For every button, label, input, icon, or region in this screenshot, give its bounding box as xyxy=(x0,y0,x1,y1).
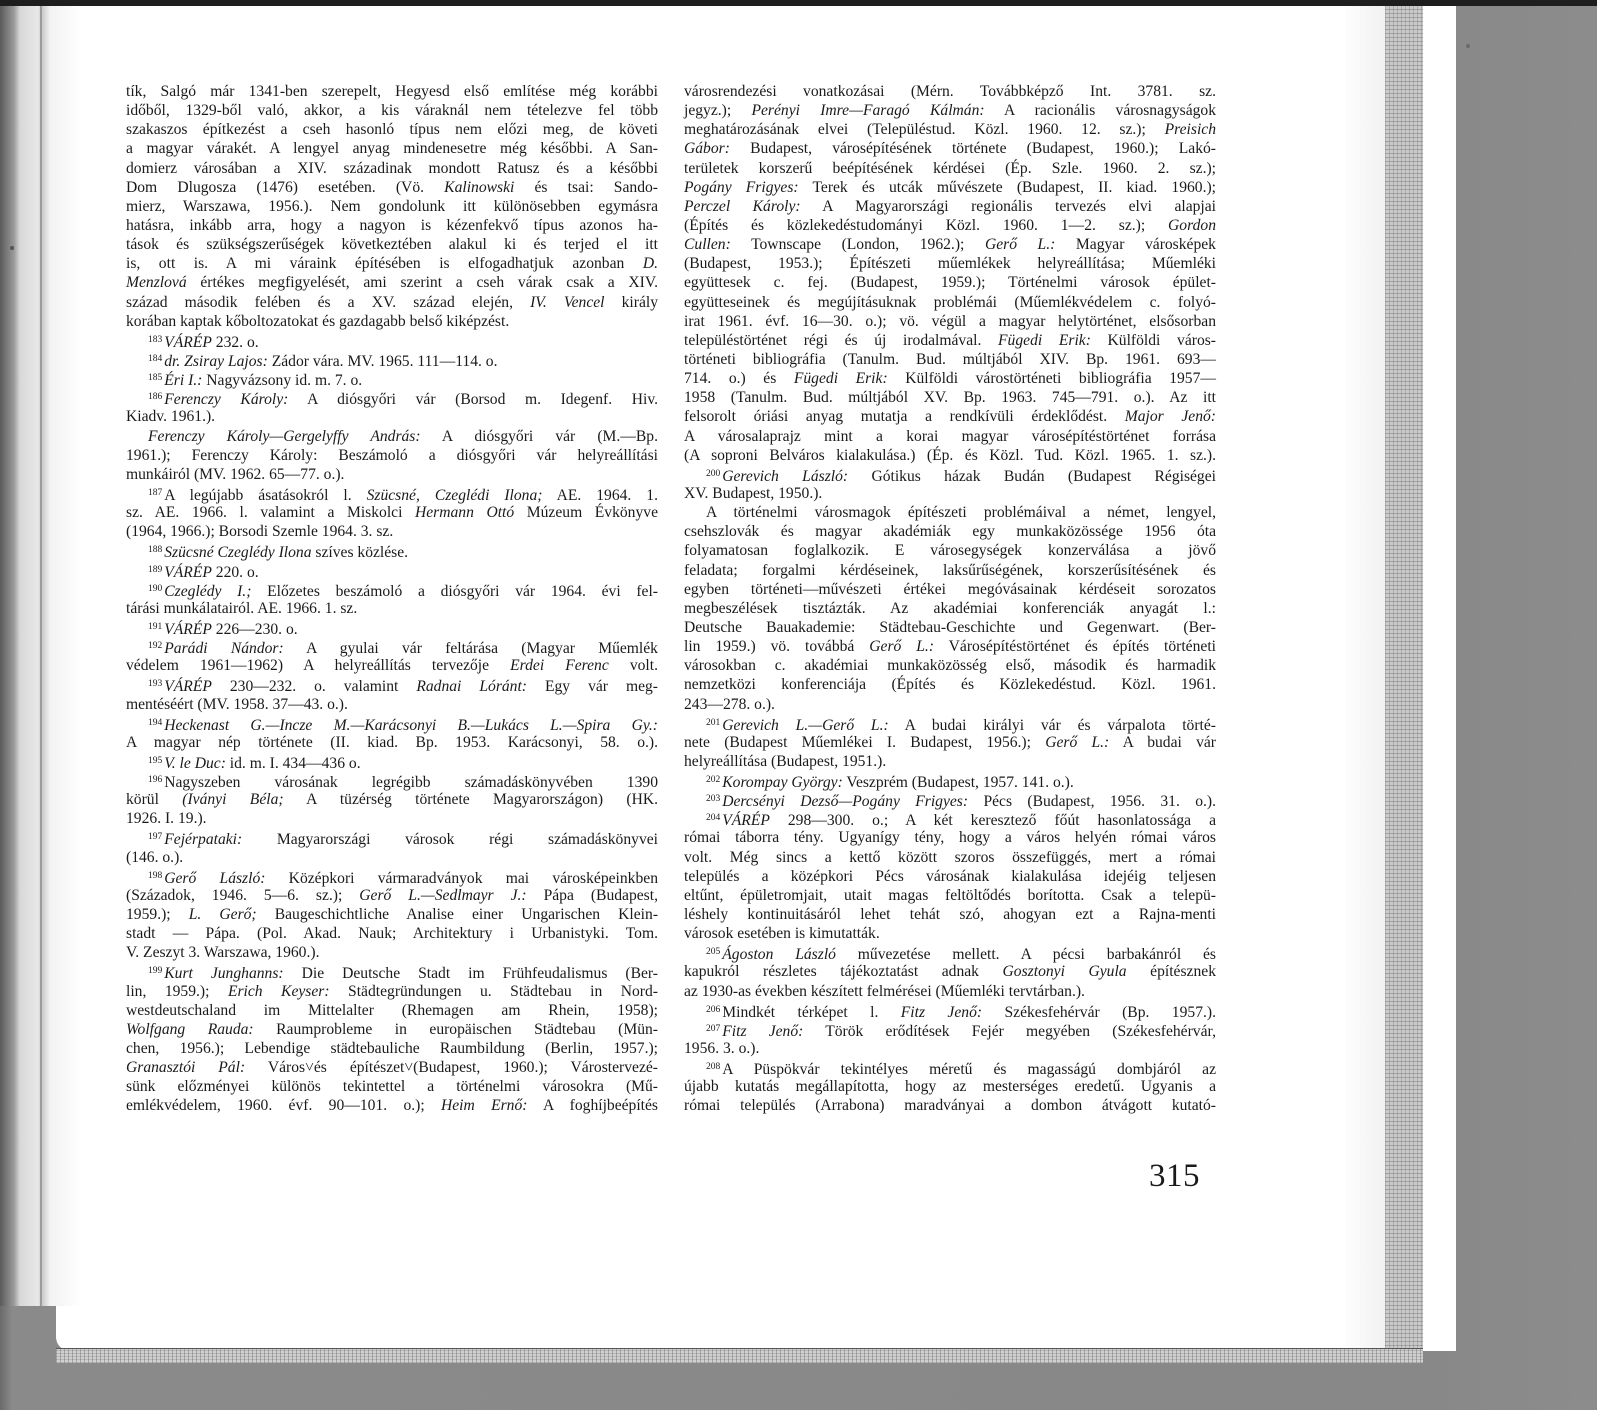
italic-author: Ágoston László xyxy=(722,946,836,963)
text-line: védelem 1961—1962) A helyreállítás terve… xyxy=(126,656,658,675)
text-line: lin 1959.) vö. továbbá Gerő L.: Városépí… xyxy=(684,637,1216,656)
footnote-number: 189 xyxy=(148,565,162,575)
footnote-line: 187A legújabb ásatásokról l. Szücsné, Cz… xyxy=(126,484,658,503)
roman-text: városrendezési vonatkozásai (Mérn. Továb… xyxy=(684,83,1216,100)
italic-author: D. xyxy=(643,255,658,272)
italic-author: Hermann Ottó xyxy=(415,504,514,521)
italic-author: Kurt Junghanns: xyxy=(164,965,283,982)
roman-text: Nagyszeben városának legrégibb számadásk… xyxy=(164,774,658,791)
roman-text: eltűnt, épületromjait, utait magas feltö… xyxy=(684,887,1216,904)
italic-author: Gerő L.: xyxy=(869,638,934,655)
text-line: nete (Budapest Műemlékei I. Budapest, 19… xyxy=(684,733,1216,752)
roman-text: Townscape (London, 1962.); xyxy=(731,236,985,253)
text-line: városrendezési vonatkozásai (Mérn. Továb… xyxy=(684,82,1216,101)
footnote-number: 190 xyxy=(148,584,162,594)
footnote-line: 196Nagyszeben városának legrégibb számad… xyxy=(126,771,658,790)
roman-text: újabb kutatás megállapította, hogy az me… xyxy=(684,1078,1216,1095)
text-line: településtörténet régi és új irodalmával… xyxy=(684,331,1216,350)
footnote-line: 190Czeglédy I.; Előzetes beszámoló a dió… xyxy=(126,580,658,599)
text-line: feladata; forgalmi kérdéseinek, laksűrűs… xyxy=(684,561,1216,580)
roman-text: 1926. I. 19.). xyxy=(126,810,207,827)
text-line: területek korszerű beépítésének kérdései… xyxy=(684,159,1216,178)
text-line: megbeszélések tisztázták. Az akadémiai k… xyxy=(684,599,1216,618)
italic-author: Korompay György: xyxy=(722,774,843,791)
roman-text: helyreállítása (Budapest, 1951.). xyxy=(684,753,886,770)
roman-text: tárási munkálatairól. AE. 1966. 1. sz. xyxy=(126,600,357,617)
text-line: chen, 1956.); Lebendige städtebauliche R… xyxy=(126,1039,658,1058)
roman-text: Városépítéstörténet és építés történeti xyxy=(934,638,1216,655)
roman-text: A gyulai vár feltárása (Magyar Műemlék xyxy=(284,640,658,657)
footnote-number: 201 xyxy=(706,718,720,728)
italic-author: Pogány Frigyes: xyxy=(684,179,799,196)
italic-author: Perczel Károly: xyxy=(684,198,801,215)
italic-author: Ferenczy Károly—Gergelyffy András: xyxy=(148,428,421,445)
footnote-number: 186 xyxy=(148,392,162,402)
roman-text: 230—232. o. valamint xyxy=(212,678,416,695)
roman-text: 226—230. o. xyxy=(212,621,298,638)
roman-text: század második felében és a XV. század e… xyxy=(126,294,530,311)
roman-text: (Századok, 1946. 5—6. sz.); xyxy=(126,887,359,904)
italic-author: Dercsényi Dezső—Pogány Frigyes: xyxy=(722,793,968,810)
roman-text: Város˅és építészet˅(Budapest, 1960.); Vá… xyxy=(245,1059,658,1076)
footnote-number: 185 xyxy=(148,373,162,383)
roman-text: építésznek xyxy=(1127,963,1216,980)
text-line: Pogány Frigyes: Terek és utcák művészete… xyxy=(684,178,1216,197)
italic-author: Fügedi Erik: xyxy=(794,370,888,387)
text-line: domierz városában a XIV. századinak mond… xyxy=(126,159,658,178)
text-line: Wolfgang Rauda: Raumprobleme in europäis… xyxy=(126,1020,658,1039)
roman-text: tások és szükségszerűségek következtében… xyxy=(126,236,658,253)
footnote-line: 183VÁRÉP 232. o. xyxy=(126,331,658,350)
text-line: Kiadv. 1961.). xyxy=(126,407,658,426)
roman-text: lin, 1959.); xyxy=(126,983,228,1000)
text-line: tík, Salgó már 1341-ben szerepelt, Hegye… xyxy=(126,82,658,101)
text-line: település a középkori Pécs városának kia… xyxy=(684,867,1216,886)
roman-text: feladata; forgalmi kérdéseinek, laksűrűs… xyxy=(684,562,1216,579)
roman-text: kapukról részletes tájékoztatást adnak xyxy=(684,963,1003,980)
roman-text: Külföldi város- xyxy=(1091,332,1216,349)
footnote-line: 204VÁRÉP 298—300. o.; A két keresztező f… xyxy=(684,809,1216,828)
roman-text: 1959.); xyxy=(126,906,189,923)
roman-text: városokban c. akadémiai munkaközösség el… xyxy=(684,657,1216,674)
roman-text: szakaszos építkezést a cseh hasonló típu… xyxy=(126,121,658,138)
italic-author: L. Gerő; xyxy=(189,906,257,923)
footnote-line: 202Korompay György: Veszprém (Budapest, … xyxy=(684,771,1216,790)
footnote-line: 199Kurt Junghanns: Die Deutsche Stadt im… xyxy=(126,962,658,981)
footnote-number: 206 xyxy=(706,1005,720,1015)
footnote-line: 201Gerevich L.—Gerő L.: A budai királyi … xyxy=(684,714,1216,733)
roman-text: Székesfehérvár (Bp. 1957.). xyxy=(982,1004,1216,1021)
footnote-number: 187 xyxy=(148,488,162,498)
text-line: kapukról részletes tájékoztatást adnak G… xyxy=(684,962,1216,981)
roman-text: (Budapest, 1953.); Építészeti műemlékek … xyxy=(684,255,1216,272)
text-line: sünk előzményei különös tekintettel a tö… xyxy=(126,1077,658,1096)
text-line: az 1930-as években készített felmérései … xyxy=(684,982,1216,1001)
footnote-number: 204 xyxy=(706,813,720,823)
text-line: (A soproni Belváros kialakulása.) (Ép. é… xyxy=(684,446,1216,465)
footnote-number: 196 xyxy=(148,775,162,785)
footnote-line: 184dr. Zsiray Lajos: Zádor vára. MV. 196… xyxy=(126,350,658,369)
roman-text: védelem 1961—1962) A helyreállítás terve… xyxy=(126,657,510,674)
roman-text: A Magyarországi regionális tervezés elvi… xyxy=(801,198,1216,215)
roman-text: Raumprobleme in europäischen Städtebau (… xyxy=(254,1021,658,1038)
italic-author: VÁRÉP xyxy=(164,621,212,638)
footnote-line: 194Heckenast G.—Incze M.—Karácsonyi B.—L… xyxy=(126,714,658,733)
text-line: felsorolt óriási anyag mutatja a rendkív… xyxy=(684,407,1216,426)
binding-crease xyxy=(40,6,42,1306)
roman-text: Gótikus házak Budán (Budapest Régiségei xyxy=(848,468,1216,485)
roman-text: V. Zeszyt 3. Warszawa, 1960.). xyxy=(126,944,319,961)
italic-author: (Iványi Béla; xyxy=(182,791,283,808)
roman-text: korában kaptak kőboltozatokat és gazdaga… xyxy=(126,313,509,330)
italic-author: Éri I.: xyxy=(164,372,202,389)
roman-text: mentéséért (MV. 1958. 37—43. o.). xyxy=(126,696,348,713)
roman-text: Középkori vármaradványok mai városképein… xyxy=(265,870,658,887)
roman-text: Zádor vára. MV. 1965. 111—114. o. xyxy=(268,353,498,370)
left-text-column: tík, Salgó már 1341-ben szerepelt, Hegye… xyxy=(126,82,658,1116)
text-line: időből, 1329-ből való, akkor, a kis vára… xyxy=(126,101,658,120)
footnote-line: 188Szücsné Czeglédy Ilona szíves közlése… xyxy=(126,541,658,560)
footnote-number: 183 xyxy=(148,335,162,345)
italic-author: Gerő L.—Sedlmayr J.: xyxy=(359,887,526,904)
roman-text: Múzeum Évkönyve xyxy=(514,504,658,521)
footnote-line: 206Mindkét térképet l. Fitz Jenő: Székes… xyxy=(684,1001,1216,1020)
roman-text: XV. Budapest, 1950.). xyxy=(684,485,822,502)
roman-text: sz. AE. 1966. l. valamint a Miskolci xyxy=(126,504,415,521)
footnote-number: 199 xyxy=(148,966,162,976)
text-line: a magyar várakét. A lengyel anyag minden… xyxy=(126,139,658,158)
text-line: lin, 1959.); Erich Keyser: Städtegründun… xyxy=(126,982,658,1001)
footnote-number: 207 xyxy=(706,1024,720,1034)
italic-author: dr. Zsiray Lajos: xyxy=(164,353,268,370)
text-line: meghatározásának elvei (Településtud. Kö… xyxy=(684,120,1216,139)
text-line: A magyar nép története (II. kiad. Bp. 19… xyxy=(126,733,658,752)
roman-text: Kiadv. 1961.). xyxy=(126,408,215,425)
footnote-line: 208A Püspökvár tekintélyes méretű és mag… xyxy=(684,1058,1216,1077)
roman-text: léshely kontinuitásáról lehet tehát szó,… xyxy=(684,906,1216,923)
footnote-line: 200Gerevich László: Gótikus házak Budán … xyxy=(684,465,1216,484)
footnote-line: 186Ferenczy Károly: A diósgyőri vár (Bor… xyxy=(126,388,658,407)
roman-text: nemzetközi konferenciája (Építés és Közl… xyxy=(684,676,1216,693)
text-line: tárási munkálatairól. AE. 1966. 1. sz. xyxy=(126,599,658,618)
roman-text: is, ott is. A mi váraink építésében is e… xyxy=(126,255,643,272)
roman-text: 1956. 3. o.). xyxy=(684,1040,759,1057)
roman-text: Mindkét térképet l. xyxy=(722,1004,901,1021)
text-line: léshely kontinuitásáról lehet tehát szó,… xyxy=(684,905,1216,924)
roman-text: irat 1961. évf. 16—30. o.); vö. végül a … xyxy=(684,313,1216,330)
text-line: jegyz.); Perényi Imre—Faragó Kálmán: A r… xyxy=(684,101,1216,120)
roman-text: emlékvédelem, 1960. évf. 90—101. o.); xyxy=(126,1097,441,1114)
text-line: Menzlová értékes megfigyelését, ami szer… xyxy=(126,273,658,292)
text-line: irat 1961. évf. 16—30. o.); vö. végül a … xyxy=(684,312,1216,331)
footnote-number: 197 xyxy=(148,832,162,842)
roman-text: és tsai: Sando- xyxy=(514,179,658,196)
text-line: Dom Dlugosza (1476) esetében. (Vö. Kalin… xyxy=(126,178,658,197)
text-line: Cullen: Townscape (London, 1962.); Gerő … xyxy=(684,235,1216,254)
footnote-number: 195 xyxy=(148,756,162,766)
text-line: történeti bibliográfia (Tanulm. Bud. múl… xyxy=(684,350,1216,369)
text-line: 243—278. o.). xyxy=(684,695,1216,714)
footnote-number: 188 xyxy=(148,545,162,555)
footnote-number: 184 xyxy=(148,354,162,364)
text-line: szakaszos építkezést a cseh hasonló típu… xyxy=(126,120,658,139)
text-line: folyamatosan foglalkozik. E városegysége… xyxy=(684,541,1216,560)
roman-text: folyamatosan foglalkozik. E városegysége… xyxy=(684,542,1216,559)
italic-author: VÁRÉP xyxy=(164,334,212,351)
footnote-line: 195V. le Duc: id. m. I. 434—436 o. xyxy=(126,752,658,771)
roman-text: 1958 (Tanulm. Bud. múltjából XV. Bp. 196… xyxy=(684,389,1216,406)
footnote-number: 202 xyxy=(706,775,720,785)
text-line: Ferenczy Károly—Gergelyffy András: A dió… xyxy=(126,427,658,446)
roman-text: területek korszerű beépítésének kérdései… xyxy=(684,160,1216,177)
roman-text: felsorolt óriási anyag mutatja a rendkív… xyxy=(684,408,1125,425)
text-line: korában kaptak kőboltozatokat és gazdaga… xyxy=(126,312,658,331)
footnote-number: 193 xyxy=(148,679,162,689)
italic-author: VÁRÉP xyxy=(164,564,212,581)
roman-text: meghatározásának elvei (Településtud. Kö… xyxy=(684,121,1165,138)
text-line: (Budapest, 1953.); Építészeti műemlékek … xyxy=(684,254,1216,273)
roman-text: körül xyxy=(126,791,182,808)
text-line: Gábor: Budapest, városépítésének történe… xyxy=(684,139,1216,158)
footnote-number: 208 xyxy=(706,1062,720,1072)
roman-text: AE. 1964. 1. xyxy=(542,487,658,504)
roman-text: jegyz.); xyxy=(684,102,751,119)
roman-text: 232. o. xyxy=(212,334,259,351)
roman-text: A diósgyőri vár (M.—Bp. xyxy=(421,428,658,445)
roman-text: Egy vár meg- xyxy=(527,678,658,695)
text-line: 1958 (Tanulm. Bud. múltjából XV. Bp. 196… xyxy=(684,388,1216,407)
italic-author: Fügedi Erik: xyxy=(998,332,1091,349)
text-line: hatásra, inkább arra, hogy a nagyon is k… xyxy=(126,216,658,235)
text-line: együtteseinek és megújításuknak problémá… xyxy=(684,293,1216,312)
roman-text: munkáiról (MV. 1962. 65—77. o.). xyxy=(126,466,344,483)
text-line: westdeutschaland im Mittelalter (Rhemage… xyxy=(126,1001,658,1020)
roman-text: együtteseinek és megújításuknak problémá… xyxy=(684,294,1216,311)
footnote-line: 185Éri I.: Nagyvázsony id. m. 7. o. xyxy=(126,369,658,388)
italic-author: IV. Vencel xyxy=(530,294,604,311)
italic-author: Gábor: xyxy=(684,140,730,157)
italic-author: Gerevich L.—Gerő L.: xyxy=(722,717,888,734)
text-line: 714. o.) és Fügedi Erik: Külföldi várost… xyxy=(684,369,1216,388)
roman-text: Baugeschichtliche Analise einer Ungarisc… xyxy=(257,906,658,923)
italic-author: Kalinowski xyxy=(444,179,514,196)
roman-text: volt. Még sincs a kettő között szoros ös… xyxy=(684,849,1216,866)
text-line: mierz, Warszawa, 1956.). Nem gondolunk i… xyxy=(126,197,658,216)
italic-author: VÁRÉP xyxy=(722,812,770,829)
roman-text: 714. o.) és xyxy=(684,370,794,387)
italic-author: Perényi Imre—Faragó Kálmán: xyxy=(751,102,984,119)
italic-author: Gordon xyxy=(1168,217,1216,234)
scan-speck xyxy=(10,246,14,250)
text-line: újabb kutatás megállapította, hogy az me… xyxy=(684,1077,1216,1096)
text-line: tások és szükségszerűségek következtében… xyxy=(126,235,658,254)
footnote-number: 203 xyxy=(706,794,720,804)
roman-text: A legújabb ásatásokról l. xyxy=(164,487,366,504)
italic-author: Wolfgang Rauda: xyxy=(126,1021,254,1038)
roman-text: a magyar várakét. A lengyel anyag minden… xyxy=(126,140,658,157)
page-number: 315 xyxy=(1149,1158,1200,1195)
roman-text: Pécs (Budapest, 1956. 31. o.). xyxy=(968,793,1216,810)
roman-text: A budai királyi vár és várpalota törté- xyxy=(889,717,1216,734)
text-line: Deutsche Bauakademie: Städtebau-Geschich… xyxy=(684,618,1216,637)
italic-author: Gosztonyi Gyula xyxy=(1003,963,1127,980)
footnote-line: 192Parádi Nándor: A gyulai vár feltárása… xyxy=(126,637,658,656)
italic-author: Radnai Lóránt: xyxy=(416,678,527,695)
roman-text: nete (Budapest Műemlékei I. Budapest, 19… xyxy=(684,734,1045,751)
footnote-number: 194 xyxy=(148,718,162,728)
footnote-number: 205 xyxy=(706,947,720,957)
roman-text: egyben történeti—művészeti értékei megóv… xyxy=(684,581,1216,598)
roman-text: westdeutschaland im Mittelalter (Rhemage… xyxy=(126,1002,658,1019)
italic-author: Ferenczy Károly: xyxy=(164,391,288,408)
italic-author: V. le Duc: xyxy=(164,755,226,772)
footnote-number: 192 xyxy=(148,641,162,651)
text-line: V. Zeszyt 3. Warszawa, 1960.). xyxy=(126,943,658,962)
text-line: 1956. 3. o.). xyxy=(684,1039,1216,1058)
roman-text: domierz városában a XIV. századinak mond… xyxy=(126,160,658,177)
roman-text: Budapest, városépítésének története (Bud… xyxy=(730,140,1216,157)
roman-text: Städtegründungen u. Städtebau in Nord- xyxy=(330,983,658,1000)
roman-text: Pápa (Budapest, xyxy=(527,887,658,904)
roman-text: chen, 1956.); Lebendige städtebauliche R… xyxy=(126,1040,658,1057)
italic-author: Gerő L.: xyxy=(1045,734,1109,751)
roman-text: A városalaprajz mint a korai magyar váro… xyxy=(684,428,1216,445)
footnote-line: 193VÁRÉP 230—232. o. valamint Radnai Lór… xyxy=(126,675,658,694)
text-line: körül (Iványi Béla; A tüzérség története… xyxy=(126,790,658,809)
italic-author: Fejérpataki: xyxy=(164,831,242,848)
roman-text: 220. o. xyxy=(212,564,259,581)
text-line: helyreállítása (Budapest, 1951.). xyxy=(684,752,1216,771)
roman-text: Magyar városképek xyxy=(1055,236,1216,253)
roman-text: id. m. I. 434—436 o. xyxy=(226,755,361,772)
roman-text: Külföldi várostörténeti bibliográfia 195… xyxy=(888,370,1216,387)
footnote-number: 200 xyxy=(706,469,720,479)
roman-text: volt. xyxy=(609,657,658,674)
footnote-number: 198 xyxy=(148,871,162,881)
roman-text: római település (Arrabona) maradványai a… xyxy=(684,1097,1216,1114)
roman-text: A Püspökvár tekintélyes méretű és magass… xyxy=(722,1061,1216,1078)
roman-text: megbeszélések tisztázták. Az akadémiai k… xyxy=(684,600,1216,617)
page-right-margin xyxy=(1345,6,1390,1356)
text-line: (Századok, 1946. 5—6. sz.); Gerő L.—Sedl… xyxy=(126,886,658,905)
text-line: egyben történeti—művészeti értékei megóv… xyxy=(684,580,1216,599)
roman-text: király xyxy=(605,294,658,311)
text-line: csehszlovák és magyar akadémiák egy munk… xyxy=(684,522,1216,541)
footnote-line: 197Fejérpataki: Magyarországi városok ré… xyxy=(126,828,658,847)
text-line: Perczel Károly: A Magyarországi regionál… xyxy=(684,197,1216,216)
text-line: római település (Arrabona) maradványai a… xyxy=(684,1096,1216,1115)
roman-text: (146. o.). xyxy=(126,849,183,866)
italic-author: Parádi Nándor: xyxy=(164,640,283,657)
italic-author: Szücsné, Czeglédi Ilona; xyxy=(367,487,543,504)
text-line: városok esetében is kimutatták. xyxy=(684,924,1216,943)
text-line: század második felében és a XV. század e… xyxy=(126,293,658,312)
text-line: Granasztói Pál: Város˅és építészet˅(Buda… xyxy=(126,1058,658,1077)
roman-text: csehszlovák és magyar akadémiák egy munk… xyxy=(684,523,1216,540)
italic-author: Gerő László: xyxy=(164,870,265,887)
roman-text: tík, Salgó már 1341-ben szerepelt, Hegye… xyxy=(126,83,658,100)
roman-text: római táborra tény. Ugyanígy tény, hogy … xyxy=(684,829,1216,846)
text-line: (146. o.). xyxy=(126,848,658,867)
roman-text: A történelmi városmagok építészeti probl… xyxy=(706,504,1216,521)
roman-text: Török erődítések Fejér megyében (Székesf… xyxy=(803,1023,1216,1040)
text-line: is, ott is. A mi váraink építésében is e… xyxy=(126,254,658,273)
text-line: eltűnt, épületromjait, utait magas feltö… xyxy=(684,886,1216,905)
roman-text: Előzetes beszámoló a diósgyőri vár 1964.… xyxy=(251,583,658,600)
roman-text: Dom Dlugosza (1476) esetében. (Vö. xyxy=(126,179,444,196)
roman-text: mierz, Warszawa, 1956.). Nem gondolunk i… xyxy=(126,198,658,215)
italic-author: Major Jenő: xyxy=(1125,408,1216,425)
roman-text: A magyar nép története (II. kiad. Bp. 19… xyxy=(126,734,658,751)
roman-text: településtörténet régi és új irodalmával… xyxy=(684,332,998,349)
roman-text: Veszprém (Budapest, 1957. 141. o.). xyxy=(843,774,1074,791)
text-line: emlékvédelem, 1960. évf. 90—101. o.); He… xyxy=(126,1096,658,1115)
text-line: XV. Budapest, 1950.). xyxy=(684,484,1216,503)
roman-text: lin 1959.) vö. továbbá xyxy=(684,638,869,655)
roman-text: sünk előzményei különös tekintettel a tö… xyxy=(126,1078,658,1095)
text-line: együttesek c. fej. (Budapest, 1959.); Tö… xyxy=(684,273,1216,292)
roman-text: (1964, 1966.); Borsodi Szemle 1964. 3. s… xyxy=(126,523,393,540)
roman-text: stadt — Pápa. (Pol. Akad. Nauk; Architek… xyxy=(126,925,658,942)
text-line: városokban c. akadémiai munkaközösség el… xyxy=(684,656,1216,675)
italic-author: Heckenast G.—Incze M.—Karácsonyi B.—Luká… xyxy=(164,717,658,734)
text-line: A történelmi városmagok építészeti probl… xyxy=(684,503,1216,522)
text-line: sz. AE. 1966. l. valamint a Miskolci Her… xyxy=(126,503,658,522)
roman-text: Terek és utcák művészete (Budapest, II. … xyxy=(799,179,1216,196)
text-line: 1961.); Ferenczy Károly: Beszámoló a dió… xyxy=(126,446,658,465)
roman-text: 1961.); Ferenczy Károly: Beszámoló a dió… xyxy=(126,447,658,464)
roman-text: Nagyvázsony id. m. 7. o. xyxy=(202,372,362,389)
text-line: 1959.); L. Gerő; Baugeschichtliche Anali… xyxy=(126,905,658,924)
roman-text: hatásra, inkább arra, hogy a nagyon is k… xyxy=(126,217,658,234)
italic-author: Cullen: xyxy=(684,236,731,253)
roman-text: az 1930-as években készített felmérései … xyxy=(684,983,1085,1000)
roman-text: A diósgyőri vár (Borsod m. Idegenf. Hiv. xyxy=(288,391,658,408)
italic-author: Menzlová xyxy=(126,274,187,291)
roman-text: Deutsche Bauakademie: Städtebau-Geschich… xyxy=(684,619,1216,636)
roman-text: (Építés és közlekedéstudományi Közl. 196… xyxy=(684,217,1168,234)
text-line: nemzetközi konferenciája (Építés és Közl… xyxy=(684,675,1216,694)
footnote-line: 191VÁRÉP 226—230. o. xyxy=(126,618,658,637)
text-line: munkáiról (MV. 1962. 65—77. o.). xyxy=(126,465,658,484)
italic-author: Erdei Ferenc xyxy=(510,657,609,674)
roman-text: értékes megfigyelését, ami szerint a cse… xyxy=(187,274,658,291)
roman-text: A tüzérség története Magyarországon) (HK… xyxy=(284,791,658,808)
roman-text: Die Deutsche Stadt im Frühfeudalismus (B… xyxy=(284,965,658,982)
italic-author: Preisich xyxy=(1165,121,1216,138)
text-line: 1926. I. 19.). xyxy=(126,809,658,828)
text-line: stadt — Pápa. (Pol. Akad. Nauk; Architek… xyxy=(126,924,658,943)
text-line: (1964, 1966.); Borsodi Szemle 1964. 3. s… xyxy=(126,522,658,541)
roman-text: 243—278. o.). xyxy=(684,696,775,713)
roman-text: időből, 1329-ből való, akkor, a kis vára… xyxy=(126,102,658,119)
roman-text: Magyarországi városok régi számadáskönyv… xyxy=(242,831,658,848)
footnote-number: 191 xyxy=(148,622,162,632)
italic-author: Granasztói Pál: xyxy=(126,1059,245,1076)
page-stack-edge-right xyxy=(1385,6,1423,1362)
footnote-line: 203Dercsényi Dezső—Pogány Frigyes: Pécs … xyxy=(684,790,1216,809)
roman-text: szíves közlése. xyxy=(312,544,409,561)
text-line: A városalaprajz mint a korai magyar váro… xyxy=(684,427,1216,446)
page-stack-edge-bottom xyxy=(56,1348,1423,1363)
roman-text: A racionális városnagyságok xyxy=(985,102,1216,119)
italic-author: Gerevich László: xyxy=(722,468,848,485)
text-line: római táborra tény. Ugyanígy tény, hogy … xyxy=(684,828,1216,847)
roman-text: városok esetében is kimutatták. xyxy=(684,925,880,942)
text-line: (Építés és közlekedéstudományi Közl. 196… xyxy=(684,216,1216,235)
italic-author: Czeglédy I.; xyxy=(164,583,251,600)
italic-author: Erich Keyser: xyxy=(228,983,330,1000)
